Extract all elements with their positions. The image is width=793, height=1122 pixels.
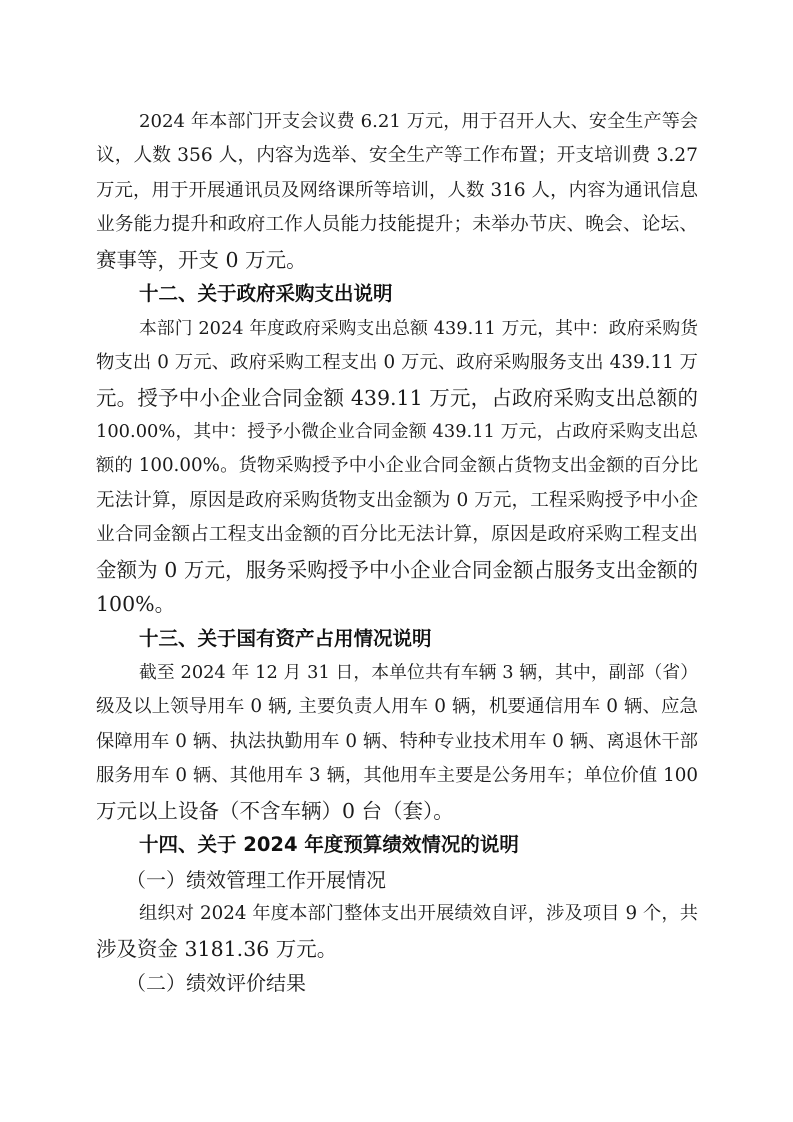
section-state-assets: 十三、关于国有资产占用情况说明 截至 2024 年 12 月 31 日，本单位共… bbox=[96, 622, 698, 829]
text-line: 金额为 0 万元，服务采购授予中小企业合同金额占服务支出金额的 bbox=[96, 553, 698, 587]
text-line: 级及以上领导用车 0 辆, 主要负责人用车 0 辆，机要通信用车 0 辆、应急 bbox=[96, 690, 698, 724]
section-government-procurement: 十二、关于政府采购支出说明 本部门 2024 年度政府采购支出总额 439.11… bbox=[96, 277, 698, 621]
text-line: 业务能力提升和政府工作人员能力技能提升；未举办节庆、晚会、论坛、 bbox=[96, 208, 698, 242]
text-line: 万元以上设备（不含车辆）0 台（套）。 bbox=[96, 794, 698, 828]
text-line: 议，人数 356 人，内容为选举、安全生产等工作布置；开支培训费 3.27 bbox=[96, 139, 698, 173]
text-line: 额的 100.00%。货物采购授予中小企业合同金额占货物支出金额的百分比 bbox=[96, 449, 698, 483]
text-line: 元。授予中小企业合同金额 439.11 万元，占政府采购支出总额的 bbox=[96, 381, 698, 415]
section-budget-performance: 十四、关于 2024 年度预算绩效情况的说明 （一）绩效管理工作开展情况 组织对… bbox=[96, 828, 698, 1000]
text-line: 保障用车 0 辆、执法执勤用车 0 辆、特种专业技术用车 0 辆、离退休干部 bbox=[96, 725, 698, 759]
text-line: 组织对 2024 年度本部门整体支出开展绩效自评，涉及项目 9 个，共 bbox=[96, 897, 698, 931]
subsection-heading: （一）绩效管理工作开展情况 bbox=[96, 863, 698, 897]
text-line: 万元，用于开展通讯员及网络课所等培训，人数 316 人，内容为通讯信息 bbox=[96, 174, 698, 208]
text-line: 截至 2024 年 12 月 31 日，本单位共有车辆 3 辆，其中，副部（省） bbox=[96, 656, 698, 690]
text-line: 赛事等，开支 0 万元。 bbox=[96, 243, 698, 277]
text-line: 业合同金额占工程支出金额的百分比无法计算，原因是政府采购工程支出 bbox=[96, 518, 698, 552]
text-line: 涉及资金 3181.36 万元。 bbox=[96, 932, 698, 966]
text-line: 100.00%，其中：授予小微企业合同金额 439.11 万元，占政府采购支出总 bbox=[96, 415, 698, 449]
paragraph-meeting-training: 2024 年本部门开支会议费 6.21 万元，用于召开人大、安全生产等会 议，人… bbox=[96, 105, 698, 277]
section-heading: 十二、关于政府采购支出说明 bbox=[96, 277, 698, 311]
text-line: 无法计算，原因是政府采购货物支出金额为 0 万元，工程采购授予中小企 bbox=[96, 484, 698, 518]
document-page: 2024 年本部门开支会议费 6.21 万元，用于召开人大、安全生产等会 议，人… bbox=[96, 105, 698, 1000]
text-line: 100%。 bbox=[96, 587, 698, 621]
section-heading: 十四、关于 2024 年度预算绩效情况的说明 bbox=[96, 828, 698, 862]
subsection-heading: （二）绩效评价结果 bbox=[96, 966, 698, 1000]
text-line: 2024 年本部门开支会议费 6.21 万元，用于召开人大、安全生产等会 bbox=[96, 105, 698, 139]
text-line: 本部门 2024 年度政府采购支出总额 439.11 万元，其中：政府采购货 bbox=[96, 312, 698, 346]
section-heading: 十三、关于国有资产占用情况说明 bbox=[96, 622, 698, 656]
text-line: 物支出 0 万元、政府采购工程支出 0 万元、政府采购服务支出 439.11 万 bbox=[96, 346, 698, 380]
text-line: 服务用车 0 辆、其他用车 3 辆，其他用车主要是公务用车；单位价值 100 bbox=[96, 759, 698, 793]
